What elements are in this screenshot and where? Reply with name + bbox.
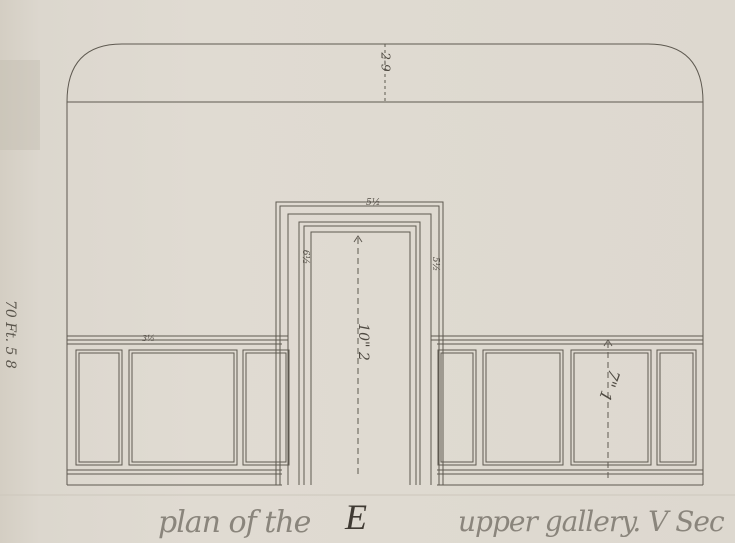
wall-outline (67, 44, 703, 485)
panel-right-4 (657, 350, 696, 465)
caption-text-left: plan of the (158, 505, 310, 540)
wall-elevation-drawing (0, 0, 735, 543)
door-height-label: 10" 2 (355, 323, 371, 361)
panel-right-2 (483, 350, 563, 465)
panel-right-1 (438, 350, 476, 465)
caption-letter: E (345, 496, 367, 538)
chair-rail-annotation: 3½ (142, 334, 155, 343)
lintel-annotation: 5½ (366, 198, 380, 208)
panel-left-1 (76, 350, 122, 465)
cove-height-label: 2-9 (379, 52, 393, 71)
caption-text-right: upper gallery. V Sec (458, 505, 724, 538)
jamb-right-annotation: 5½ (430, 257, 440, 271)
panel-left-3 (243, 350, 289, 465)
panel-left-2 (129, 350, 237, 465)
jamb-left-annotation: 6½ (300, 250, 310, 264)
panel-right-3 (571, 350, 651, 465)
overall-height-label: 70 Ft. 5 8 (2, 300, 18, 369)
